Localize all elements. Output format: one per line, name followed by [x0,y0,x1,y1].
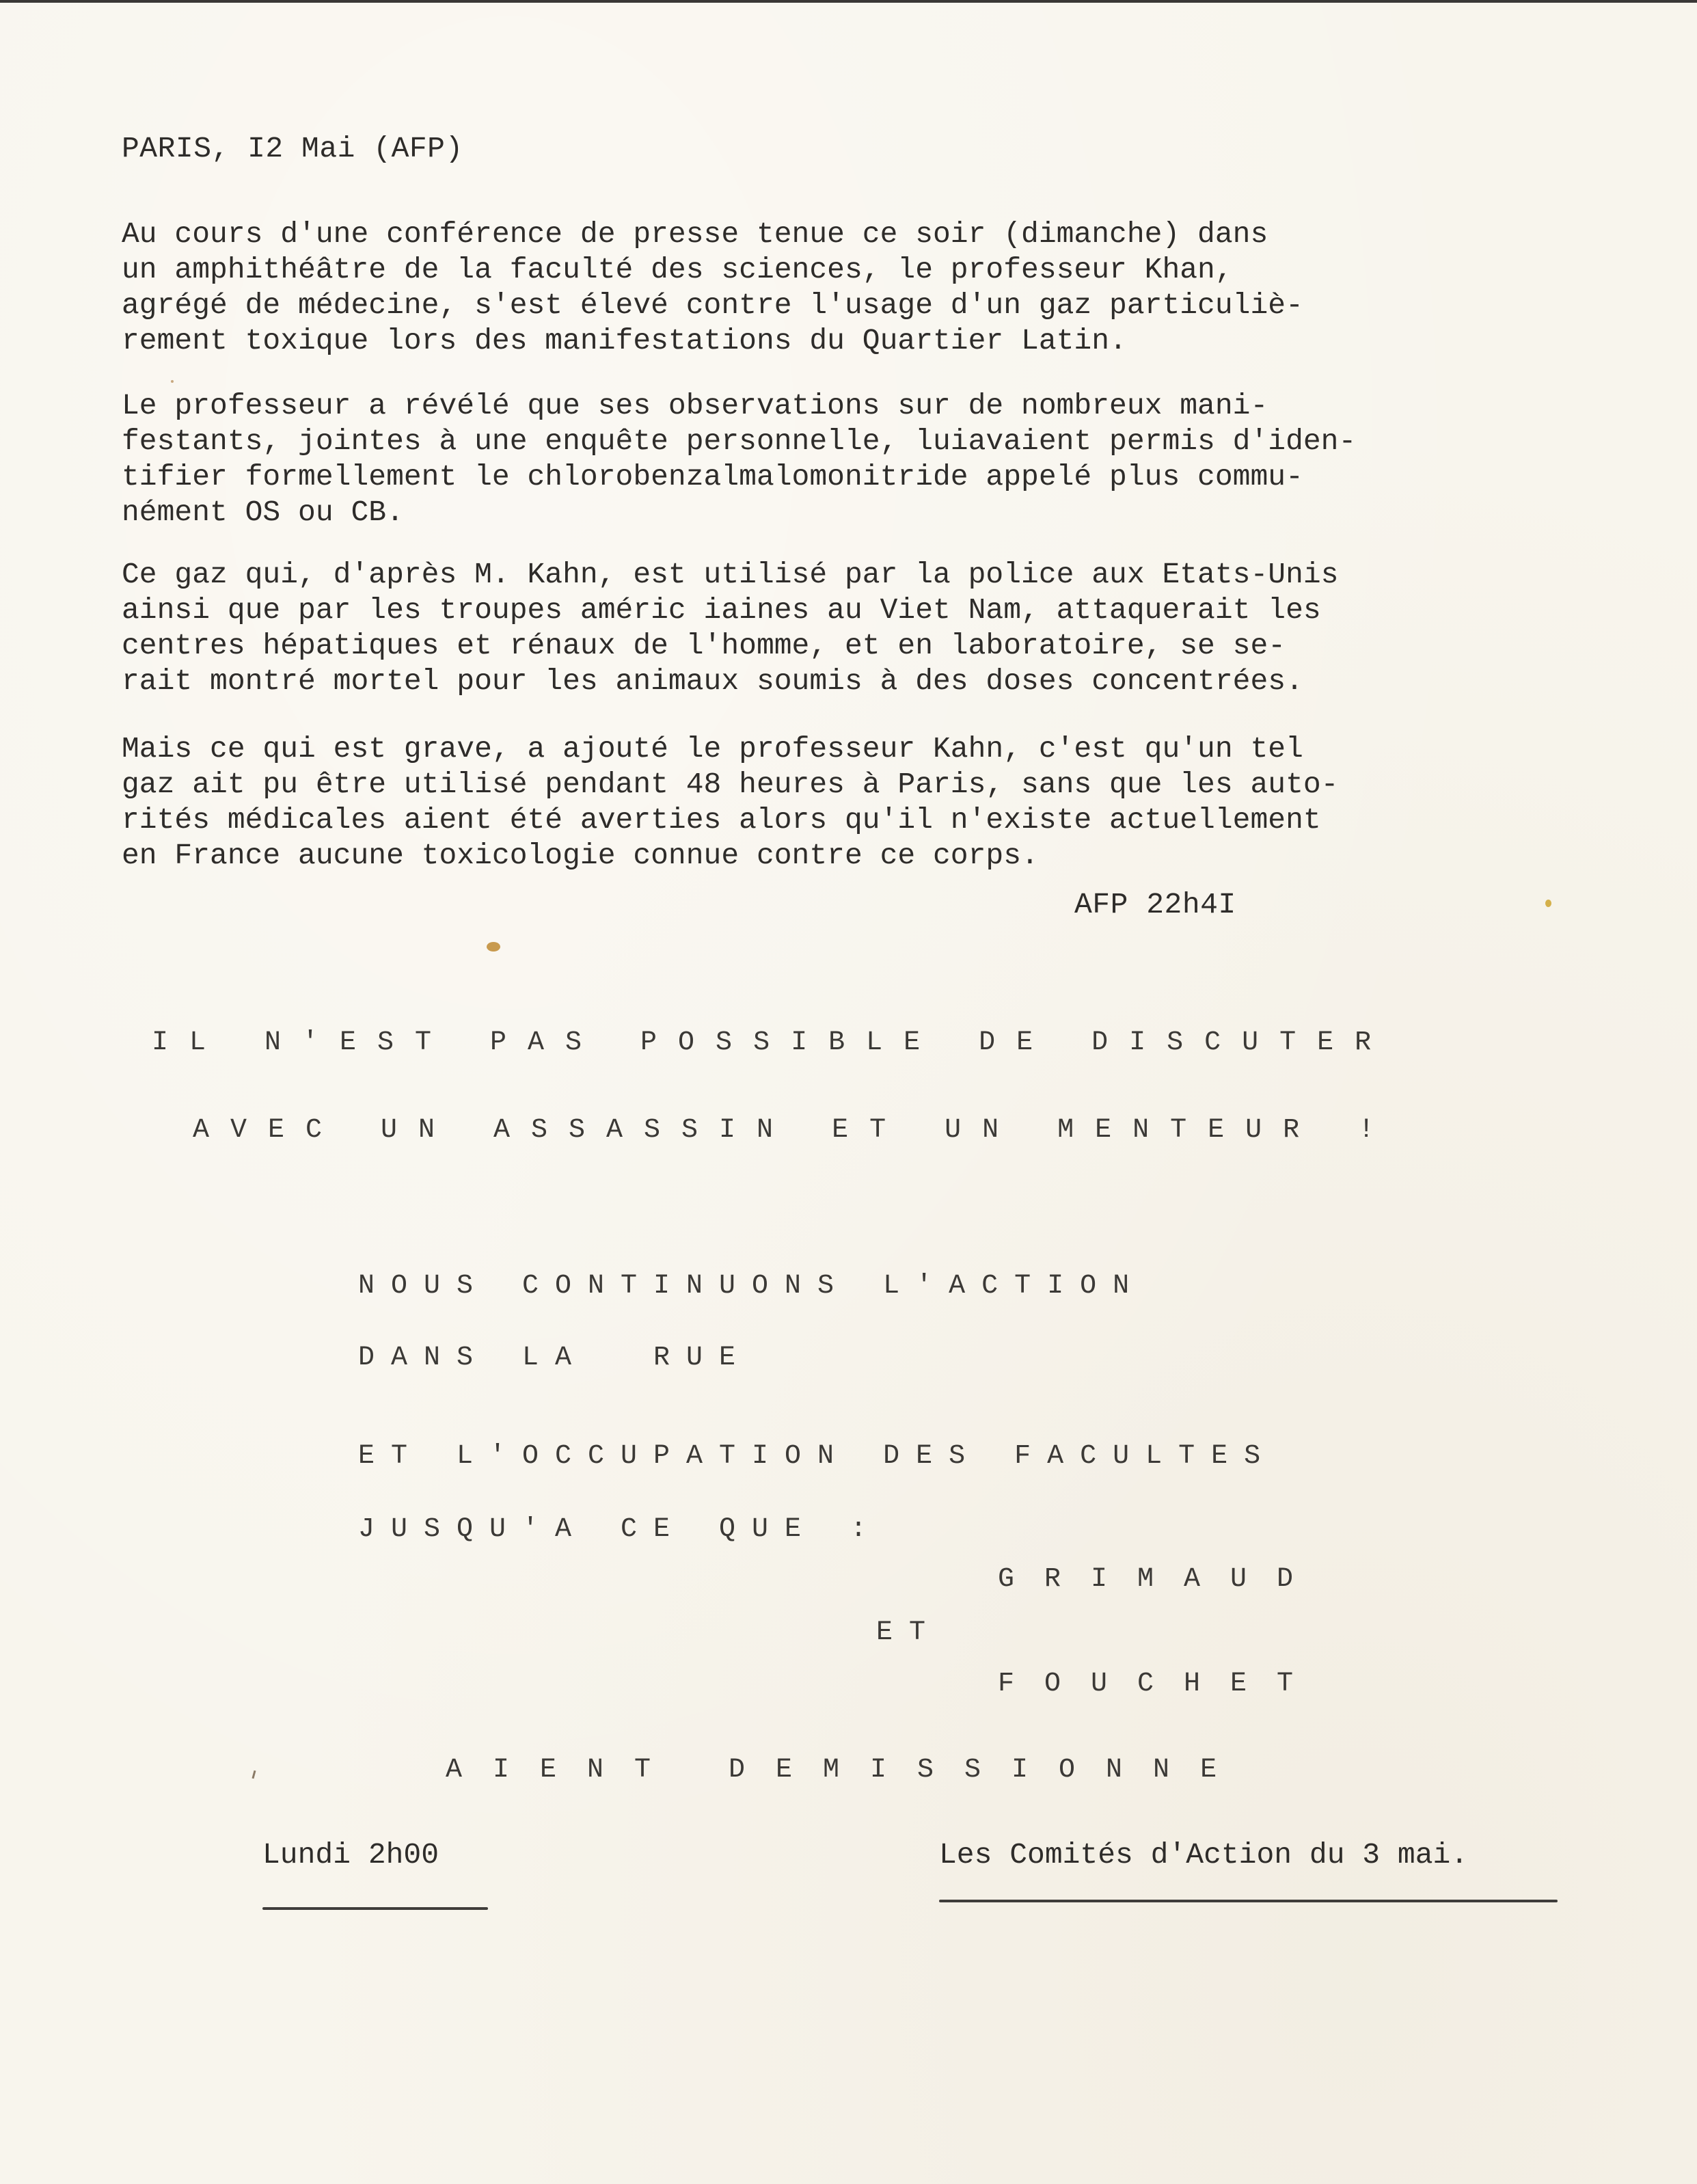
text-line: un amphithéâtre de la faculté des scienc… [122,252,1303,288]
ink-stain [1545,900,1551,907]
paragraph-press-conference: Au cours d'une conférence de presse tenu… [122,217,1303,359]
ink-stain [487,942,500,952]
conjunction: ET [876,1617,942,1649]
action-line-2: DANS LA RUE [358,1342,752,1375]
action-line-1: NOUS CONTINUONS L'ACTION [358,1270,1145,1303]
agency-signoff: AFP 22h4I [1074,887,1236,923]
underline-signature [939,1900,1558,1902]
action-line-3: ET L'OCCUPATION DES FACULTES [358,1440,1277,1473]
text-line: Mais ce qui est grave, a ajouté le profe… [122,731,1339,767]
text-line: tifier formellement le chlorobenzalmalom… [122,459,1356,495]
text-line: rités médicales aient été averties alors… [122,803,1339,838]
paragraph-warning: Mais ce qui est grave, a ajouté le profe… [122,731,1339,874]
text-line: Au cours d'une conférence de presse tenu… [122,217,1303,252]
text-line: gaz ait pu être utilisé pendant 48 heure… [122,767,1339,803]
text-line: rait montré mortel pour les animaux soum… [122,664,1339,699]
text-line: Ce gaz qui, d'après M. Kahn, est utilisé… [122,557,1339,593]
dateline: PARIS, I2 Mai (AFP) [122,131,463,167]
text-line: agrégé de médecine, s'est élevé contre l… [122,288,1303,323]
paragraph-observations: Le professeur a révélé que ses observati… [122,388,1356,530]
demand-line: AIENT DEMISSIONNE [446,1754,1247,1787]
text-line: centres hépatiques et rénaux de l'homme,… [122,628,1339,664]
slogan-line-1: IL N'EST PAS POSSIBLE DE DISCUTER [152,1027,1392,1060]
scan-top-edge [0,0,1697,3]
text-line: festants, jointes à une enquête personne… [122,424,1356,459]
text-line: ainsi que par les troupes améric iaines … [122,593,1339,628]
footer-time: Lundi 2h00 [262,1837,439,1873]
paragraph-gas-effects: Ce gaz qui, d'après M. Kahn, est utilisé… [122,557,1339,699]
text-line: nément OS ou CB. [122,495,1356,530]
action-line-4: JUSQU'A CE QUE : [358,1513,883,1546]
minister-name-1: GRIMAUD [998,1563,1323,1596]
footer-signature: Les Comités d'Action du 3 mai. [939,1837,1468,1873]
underline-time [262,1907,488,1910]
ink-stain [171,380,174,383]
text-line: rement toxique lors des manifestations d… [122,323,1303,359]
minister-name-2: FOUCHET [998,1668,1323,1701]
text-line: Le professeur a révélé que ses observati… [122,388,1356,424]
slogan-line-2: AVEC UN ASSASSIN ET UN MENTEUR ! [193,1114,1396,1147]
text-line: en France aucune toxicologie connue cont… [122,838,1339,874]
